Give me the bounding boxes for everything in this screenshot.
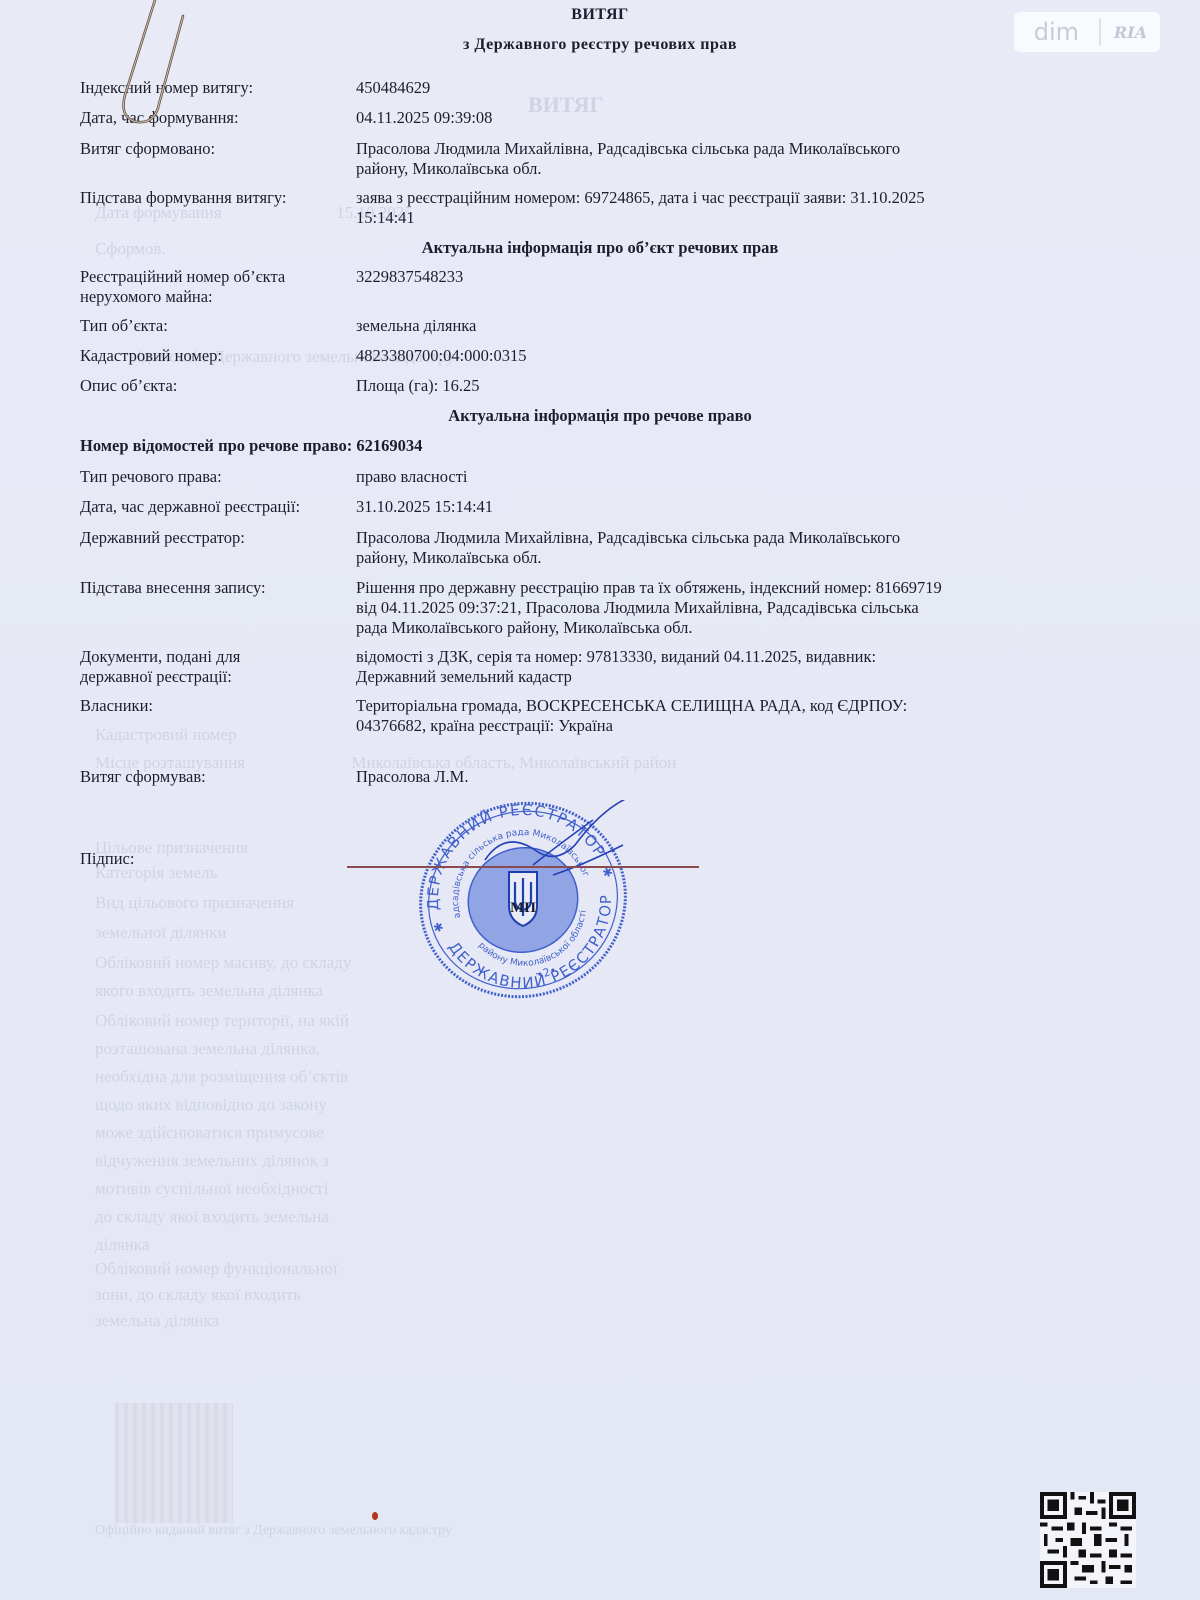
field-value-line: району, Миколаївська обл. [356,159,542,178]
field-value: заява з реєстраційним номером: 69724865,… [356,188,1036,228]
field-value-line: Прасолова Людмила Михайлівна, Радсадівсь… [356,139,900,158]
field-registrar: Державний реєстратор: Прасолова Людмила … [80,528,1040,568]
field-value: Територіальна громада, ВОСКРЕСЕНСЬКА СЕЛ… [356,696,1036,736]
field-value-line: 04376682, країна реєстрації: Україна [356,716,613,735]
ghost-text-reverse-side: земельної ділянки [95,920,227,946]
ghost-text-reverse-side: Обліковий номер функціональної [95,1256,338,1282]
field-value: 4823380700:04:000:0315 [356,346,1036,366]
field-value-line: району, Миколаївська обл. [356,548,542,567]
field-basis: Підстава формування витягу: заява з реєс… [80,188,1040,228]
ghost-text-reverse-side: необхідна для розміщення об’єктів [95,1064,348,1090]
field-value-line: відомості з ДЗК, серія та номер: 9781333… [356,647,876,666]
field-label: Опис об’єкта: [80,376,345,396]
field-owners: Власники: Територіальна громада, ВОСКРЕС… [80,696,1040,736]
field-registration-number: Реєстраційний номер об’єкта нерухомого м… [80,267,1040,307]
field-label: Державний реєстратор: [80,528,345,548]
field-value-line: заява з реєстраційним номером: 69724865,… [356,188,925,207]
field-label: Підстава внесення запису: [80,578,345,598]
field-label: Документи, подані для державної реєстрац… [80,647,345,687]
field-value: Площа (га): 16.25 [356,376,1036,396]
field-value: відомості з ДЗК, серія та номер: 9781333… [356,647,1036,687]
paperclip-icon [95,0,185,130]
ghost-text-reverse-side: зони, до складу якої входить [95,1282,301,1308]
field-label: Дата, час державної реєстрації: [80,497,345,517]
field-value: 3229837548233 [356,267,1036,287]
field-label: Витяг сформував: [80,767,345,787]
field-value: Прасолова Л.М. [356,767,1036,787]
ghost-text-reverse-side: розташована земельна ділянка, [95,1036,320,1062]
field-label: Витяг сформовано: [80,139,345,159]
field-label: Тип об’єкта: [80,316,345,336]
field-generated-by: Витяг сформовано: Прасолова Людмила Миха… [80,139,1040,179]
field-label-line: Реєстраційний номер об’єкта [80,267,285,286]
qr-code-icon [1040,1490,1136,1590]
ghost-text-reverse-side: до складу якої входить земельна [95,1204,329,1230]
field-value-line: 15:14:41 [356,208,415,227]
field-entry-basis: Підстава внесення запису: Рішення про де… [80,578,1040,638]
field-label: Власники: [80,696,345,716]
section-heading-right: Актуальна інформація про речове право [0,406,1200,426]
ghost-qr-code [115,1403,233,1523]
ghost-text-reverse-side: Обліковий номер масиву, до складу [95,950,351,976]
field-value-line: Територіальна громада, ВОСКРЕСЕНСЬКА СЕЛ… [356,696,907,715]
ghost-text-reverse-side: Обліковий номер території, на якій [95,1008,349,1034]
field-value: право власності [356,467,1036,487]
field-value: Прасолова Людмила Михайлівна, Радсадівсь… [356,139,1036,179]
right-record-number: Номер відомостей про речове право: 62169… [80,436,422,456]
ghost-text-reverse-side: відчуження земельних ділянок з [95,1148,329,1174]
field-value: 04.11.2025 09:39:08 [356,108,1036,128]
ghost-text-reverse-side: може здійснюватися примусове [95,1120,324,1146]
ghost-text-reverse-side: земельна ділянка [95,1308,219,1334]
field-label: Підстава формування витягу: [80,188,345,208]
field-value: 31.10.2025 15:14:41 [356,497,1036,517]
seal-mark: МП [510,900,536,916]
official-stamp: ДЕРЖАВНИЙ РЕЄСТРАТОР ДЕРЖАВНИЙ РЕЄСТРАТО… [413,800,633,1000]
ghost-text-reverse-side: якого входить земельна ділянка [95,978,323,1004]
ghost-text-reverse-side: мотивів суспільної необхідності [95,1176,328,1202]
signature-label: Підпис: [80,849,345,869]
field-value-line: Рішення про державну реєстрацію прав та … [356,578,942,597]
trident-emblem-icon [509,872,537,926]
field-value-line: Державний земельний кадастр [356,667,572,686]
field-value: 450484629 [356,78,1036,98]
scan-speck [372,1512,378,1520]
field-documents: Документи, подані для державної реєстрац… [80,647,1040,687]
ghost-text-reverse-side: щодо яких відповідно до закону [95,1092,327,1118]
field-value-line: рада Миколаївського району, Миколаївська… [356,618,693,637]
field-label: Реєстраційний номер об’єкта нерухомого м… [80,267,345,307]
field-label: Тип речового права: [80,467,345,487]
section-heading-object: Актуальна інформація про об’єкт речових … [0,238,1200,258]
field-value: Рішення про державну реєстрацію прав та … [356,578,1036,638]
field-label: Кадастровий номер: [80,346,345,366]
field-value-line: Прасолова Людмила Михайлівна, Радсадівсь… [356,528,900,547]
ghost-text-reverse-side: ділянка [95,1232,149,1258]
signature-line [347,866,699,868]
field-value: Прасолова Людмила Михайлівна, Радсадівсь… [356,528,1036,568]
ghost-text-reverse-side: Вид цільового призначення [95,890,294,916]
field-value-line: від 04.11.2025 09:37:21, Прасолова Людми… [356,598,919,617]
field-value: земельна ділянка [356,316,1036,336]
field-label-line: державної реєстрації: [80,667,232,686]
field-label-line: Документи, подані для [80,647,240,666]
field-label-line: нерухомого майна: [80,287,213,306]
